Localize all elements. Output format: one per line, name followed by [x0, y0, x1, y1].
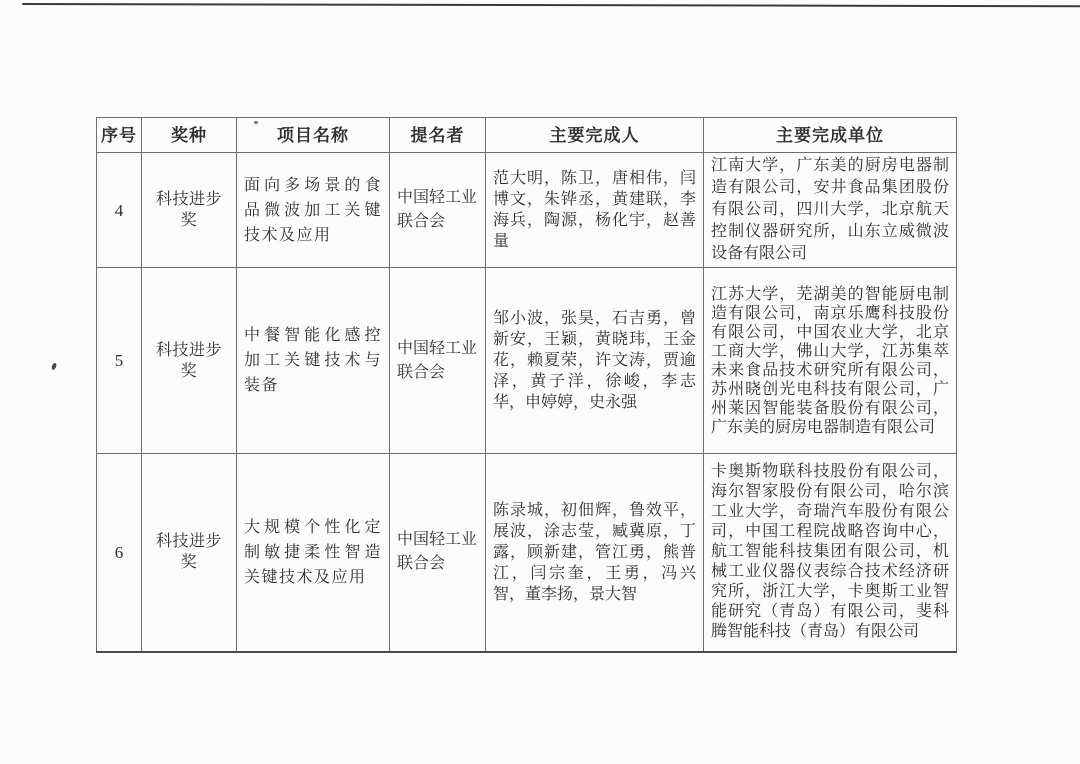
cell-units: 江苏大学，芜湖美的智能厨电制造有限公司，南京乐鹰科技股份有限公司，中国农业大学，… — [704, 268, 957, 454]
cell-project: 大规模个性化定制敏捷柔性智造关键技术及应用 — [237, 454, 390, 652]
scan-edge-line — [22, 3, 1080, 7]
col-header-units: 主要完成单位 — [704, 118, 957, 153]
cell-award: 科技进步奖 — [142, 153, 237, 268]
ink-speck — [51, 363, 57, 371]
col-header-completers: 主要完成人 — [486, 118, 704, 153]
cell-nominator: 中国轻工业联合会 — [390, 268, 486, 454]
cell-completers: 陈录城，初佃辉，鲁效平，展波，涂志莹，臧冀原，丁露，顾新建，管江勇，熊普江，闫宗… — [486, 454, 704, 652]
table-row: 4 科技进步奖 面向多场景的食品微波加工关键技术及应用 中国轻工业联合会 范大明… — [97, 153, 957, 268]
awards-table: 序号 奖种 项目名称 提名者 主要完成人 主要完成单位 4 科技进步奖 面向多场… — [96, 117, 957, 653]
cell-project: 面向多场景的食品微波加工关键技术及应用 — [237, 153, 390, 268]
cell-completers: 范大明，陈卫，唐相伟，闫博文，朱铧丞，黄建联，李海兵，陶源，杨化宇，赵善量 — [486, 153, 704, 268]
col-header-nominator: 提名者 — [390, 118, 486, 153]
cell-serial: 6 — [97, 454, 142, 652]
cell-completers: 邹小波，张昊，石吉勇，曾新安，王颖，黄晓玮，王金花，赖夏荣，许文涛，贾逾泽，黄子… — [486, 268, 704, 454]
cell-units: 江南大学，广东美的厨房电器制造有限公司，安井食品集团股份有限公司，四川大学，北京… — [704, 153, 957, 268]
cell-nominator: 中国轻工业联合会 — [390, 454, 486, 652]
col-header-project: 项目名称 — [237, 118, 390, 153]
col-header-award: 奖种 — [142, 118, 237, 153]
cell-serial: 5 — [97, 268, 142, 454]
cell-award: 科技进步奖 — [142, 454, 237, 652]
cell-project: 中餐智能化感控加工关键技术与装备 — [237, 268, 390, 454]
table-header-row: 序号 奖种 项目名称 提名者 主要完成人 主要完成单位 — [97, 118, 957, 153]
table-row: 6 科技进步奖 大规模个性化定制敏捷柔性智造关键技术及应用 中国轻工业联合会 陈… — [97, 454, 957, 652]
col-header-serial: 序号 — [97, 118, 142, 153]
cell-serial: 4 — [97, 153, 142, 268]
table-row: 5 科技进步奖 中餐智能化感控加工关键技术与装备 中国轻工业联合会 邹小波，张昊… — [97, 268, 957, 454]
cell-units: 卡奥斯物联科技股份有限公司，海尔智家股份有限公司，哈尔滨工业大学，奇瑞汽车股份有… — [704, 454, 957, 652]
cell-nominator: 中国轻工业联合会 — [390, 153, 486, 268]
cell-award: 科技进步奖 — [142, 268, 237, 454]
